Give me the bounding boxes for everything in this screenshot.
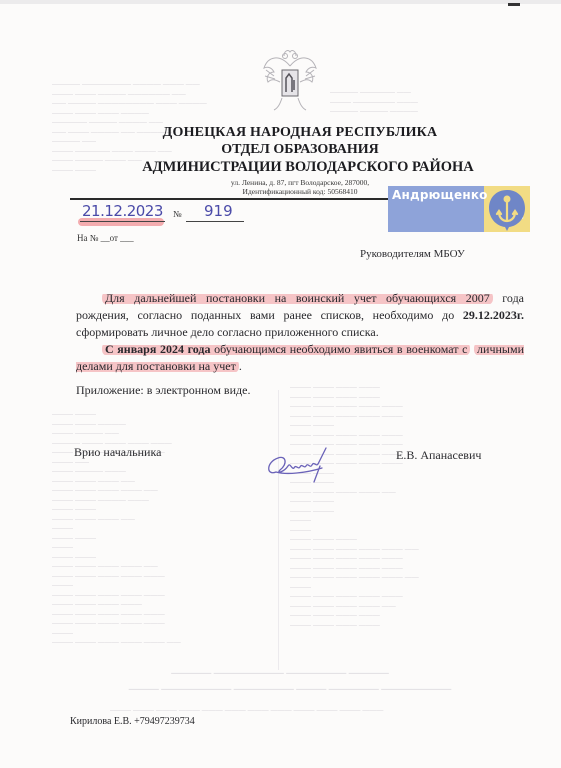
paragraph-text: обучающимся необходимо явиться в военком… xyxy=(210,342,467,356)
start-date-bold: С января 2024 года xyxy=(105,342,210,356)
letterhead-address: ул. Ленина, д. 87, пгт Володарское, 2870… xyxy=(200,178,400,196)
handwritten-signature-icon xyxy=(262,442,338,488)
letter-body: Для дальнейшей постановки на воинский уч… xyxy=(76,290,524,375)
paragraph-1: Для дальнейшей постановки на воинский уч… xyxy=(76,290,524,341)
bleed-through-heading-2: ——— ——————— —————— ——— ————— ——————— xyxy=(90,684,490,695)
paragraph-2: С января 2024 года обучающимся необходим… xyxy=(76,341,524,375)
watermark-text-line1: Андрющенко xyxy=(392,188,488,202)
signer-title: Врио начальника xyxy=(74,445,161,460)
number-label: № xyxy=(173,209,182,219)
recipient: Руководителям МБОУ xyxy=(360,248,465,260)
registration-row: 21.12.2023 № 919 xyxy=(70,200,270,226)
number-underline xyxy=(186,221,244,222)
letterhead-republic: ДОНЕЦКАЯ НАРОДНАЯ РЕСПУБЛИКА xyxy=(120,124,480,141)
attachment-note: Приложение: в электронном виде. xyxy=(76,383,250,398)
bleed-through-text-top-right: ———— ————— ————— —————— ——————— ———— ———… xyxy=(330,88,510,117)
letterhead-department: ОТДЕЛ ОБРАЗОВАНИЯ xyxy=(120,141,480,158)
bleed-through-footer: ——— ——— ——— ——— ——— ——— ——— ——— ——— ——— … xyxy=(110,706,470,716)
paragraph-end: . xyxy=(239,359,242,373)
signer-name: Е.В. Апанасевич xyxy=(396,448,481,463)
address-line: ул. Ленина, д. 87, пгт Володарское, 2870… xyxy=(200,178,400,187)
letterhead-administration: АДМИНИСТРАЦИИ ВОЛОДАРСКОГО РАЙОНА xyxy=(136,158,480,176)
reference-line: На № __от ___ xyxy=(77,233,134,243)
anchor-icon xyxy=(486,188,528,232)
identification-code: Идентификационный код: 50568410 xyxy=(200,187,400,196)
highlighted-text: С января 2024 года обучающимся необходим… xyxy=(102,342,470,356)
bleed-through-text-right-column: ——— ——— ——— —————— ——— ——— —————— ——— ——… xyxy=(290,383,490,630)
bleed-through-divider xyxy=(278,390,279,670)
contact-info: Кирилова Е.В. +79497239734 xyxy=(70,716,195,727)
scan-corner-mark xyxy=(508,3,520,6)
registration-number: 919 xyxy=(204,202,233,220)
scan-top-edge xyxy=(0,0,561,4)
date-underline xyxy=(80,221,165,222)
letterhead: ДОНЕЦКАЯ НАРОДНАЯ РЕСПУБЛИКА ОТДЕЛ ОБРАЗ… xyxy=(120,124,480,176)
highlighted-text: Для дальнейшей постановки на воинский уч… xyxy=(102,291,493,305)
dpr-coat-of-arms-icon xyxy=(262,46,318,112)
registration-date: 21.12.2023 xyxy=(82,202,163,220)
deadline-date: 29.12.2023г. xyxy=(463,308,524,322)
watermark-logo: Андрющенко Time xyxy=(388,186,530,232)
paragraph-text: сформировать личное дело согласно прилож… xyxy=(76,325,379,339)
document-page: ———— ——————— ———— ——— ————— ——— ———— ———… xyxy=(0,0,561,768)
bleed-through-heading-1: ———— ——————— —————— ———— xyxy=(140,668,420,679)
